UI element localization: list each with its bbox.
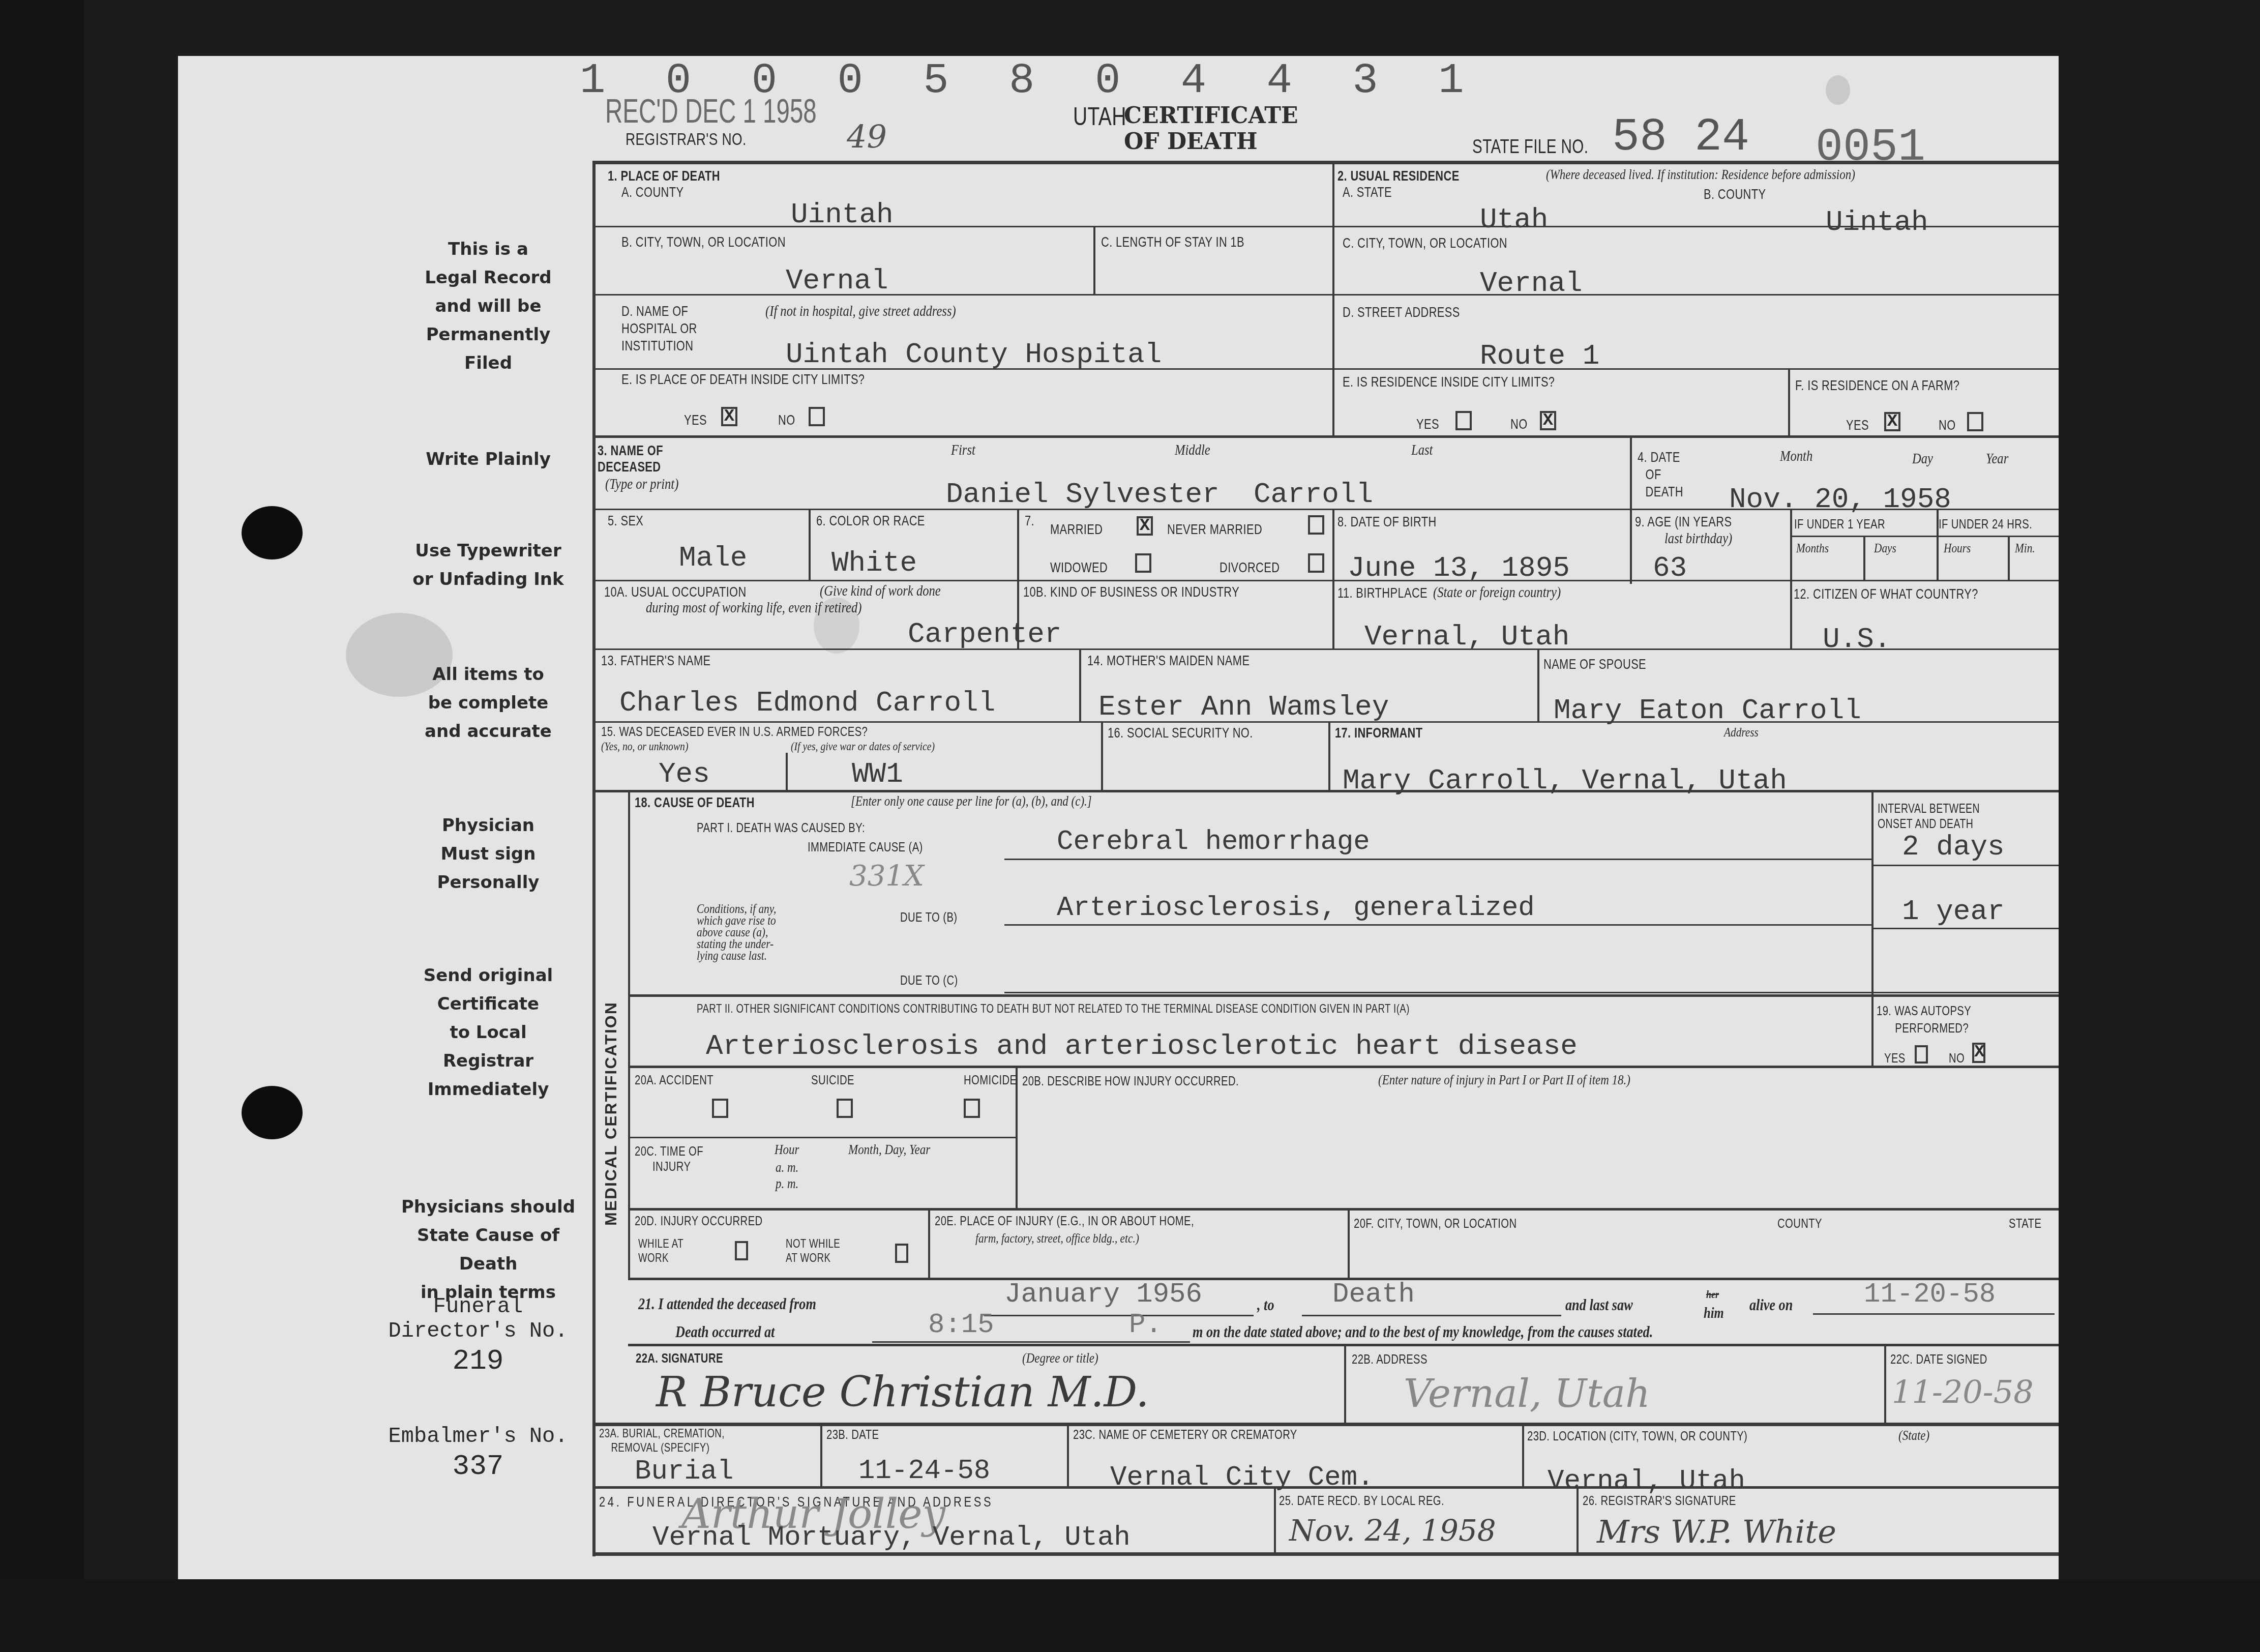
field-war[interactable]: WW1 [852,758,903,790]
line-attended-to [1302,1315,1561,1316]
label-injury-state: STATE [2009,1216,2041,1231]
field-informant[interactable]: Mary Carroll, Vernal, Utah [1343,764,1787,797]
field-dob[interactable]: June 13, 1895 [1348,552,1570,584]
margin-note-write-plainly: Write Plainly [397,445,580,474]
name-hint: (Type or print) [605,476,678,493]
checkbox-never-married[interactable] [1308,515,1324,535]
label-hospital: d. NAME OF HOSPITAL OR INSTITUTION [621,303,697,355]
label-armed-forces: 15. WAS DECEASED EVER IN U.S. ARMED FORC… [601,724,868,740]
field-date-of-death[interactable]: Nov. 20, 1958 [1729,483,1951,516]
date-signed[interactable]: 11-20-58 [1892,1373,2034,1410]
field-street-address[interactable]: Route 1 [1480,340,1599,372]
label-mother: 14. MOTHER'S MAIDEN NAME [1087,653,1250,669]
field-death-meridiem[interactable]: P. [1129,1310,1162,1341]
water-stain-top [1826,75,1850,105]
divider-23d [1522,1424,1524,1488]
label-under-24-hrs: IF UNDER 24 HRS. [1939,516,2032,532]
divider-medical-label [628,791,630,1279]
pronoun-struck: her [1706,1288,1719,1301]
label-farm-yes: YES [1846,417,1869,433]
attended-to-label: , to [1257,1295,1274,1314]
field-cemetery[interactable]: Vernal City Cem. [1110,1462,1374,1493]
divider-1c [1093,226,1095,294]
label-residence-inside-no: NO [1510,416,1528,432]
checkbox-residence-inside-yes[interactable] [1455,411,1472,430]
label-married: MARRIED [1050,521,1103,538]
label-degree: (Degree or title) [1022,1350,1098,1367]
field-burial-location[interactable]: Vernal, Utah [1548,1466,1745,1497]
field-spouse[interactable]: Mary Eaton Carroll [1554,694,1861,727]
checkbox-accident[interactable] [712,1099,728,1118]
label-first: First [951,441,975,459]
label-death-inside-no: NO [778,412,795,428]
punch-hole-bottom [242,1086,303,1139]
label-death-city: b. CITY, TOWN, OR LOCATION [621,234,786,250]
physician-signature[interactable]: R Bruce Christian M.D. [656,1368,1149,1417]
divider-22b [1344,1344,1346,1423]
line-interval-b [1871,928,2059,929]
margin-note-physicians-should: Physicians should State Cause of Death i… [386,1193,590,1307]
field-deceased-name[interactable]: Daniel Sylvester Carroll [946,478,1373,511]
divider-20e [928,1208,930,1278]
divider-23c [1067,1424,1069,1488]
checkbox-farm-no[interactable] [1967,412,1983,431]
label-father: 13. FATHER'S NAME [601,653,710,669]
label-autopsy-yes: YES [1884,1050,1906,1066]
field-part2[interactable]: Arteriosclerosis and arteriosclerotic he… [706,1030,1578,1063]
place-of-injury-hint: farm, factory, street, office bldg., etc… [975,1231,1139,1246]
label-month: Month [1780,448,1812,465]
label-time-of-injury: 20c. TIME OF INJURY [635,1143,703,1174]
divider-2f [1788,368,1790,436]
label-date-signed: 22c. DATE SIGNED [1890,1351,1987,1367]
line-23 [592,1423,2059,1426]
label-length-of-stay: c. LENGTH OF STAY IN 1b [1101,234,1244,250]
cause-hint: [Enter only one cause per line for (a), … [851,793,1092,810]
line-alive-on [1813,1313,2055,1315]
divider-min [2008,536,2010,580]
label-sex: 5. SEX [608,513,643,529]
checkbox-divorced[interactable] [1308,553,1324,573]
field-hospital[interactable]: Uintah County Hospital [786,338,1162,371]
field-due-to-b[interactable]: Arteriosclerosis, generalized [1057,893,1535,924]
label-days: Days [1874,541,1896,556]
label-farm-no: NO [1939,417,1956,433]
code-annotation: 331X [849,860,924,893]
label-burial-method: 23a. BURIAL, CREMATION, REMOVAL (Specify… [599,1427,725,1455]
field-death-city[interactable]: Vernal [786,264,888,297]
scan-background-left [0,0,84,1652]
field-occupation[interactable]: Carpenter [908,618,1061,651]
death-occurred-label: Death occurred at [675,1322,775,1341]
line-age-units [1790,536,2059,537]
label-informant: 17. INFORMANT [1335,725,1423,741]
checkbox-residence-inside-no[interactable]: X [1540,411,1556,430]
date-recd[interactable]: Nov. 24, 1958 [1289,1513,1496,1548]
label-place-of-death: 1. PLACE OF DEATH [608,168,720,184]
line-part2 [628,994,2059,997]
received-stamp: REC'D DEC 1 1958 [605,92,817,130]
label-birthplace: 11. BIRTHPLACE [1337,585,1428,601]
label-day: Day [1912,450,1933,467]
label-injury-county: COUNTY [1777,1216,1822,1231]
divider-23b [820,1424,822,1488]
title-main: CERTIFICATE OF DEATH [1124,103,1298,155]
checkbox-while-at-work[interactable] [735,1241,748,1260]
field-father[interactable]: Charles Edmond Carroll [619,687,995,719]
label-describe-injury: 20b. DESCRIBE HOW INJURY OCCURRED. [1022,1073,1239,1089]
form-border-left [592,162,596,1556]
last-saw-label: and last saw [1565,1295,1633,1314]
label-burial-date: 23b. DATE [826,1427,879,1442]
label-injury-occurred: 20d. INJURY OCCURRED [635,1213,763,1229]
label-hours: Hours [1944,541,1971,556]
field-mother[interactable]: Ester Ann Wamsley [1098,691,1389,723]
label-due-to-b: DUE TO (b) [900,909,957,925]
certificate-title: UTAH CERTIFICATE OF DEATH [1073,102,1141,131]
label-death-inside-yes: YES [684,412,707,428]
death-occurred-suffix: m on the date stated above; and to the b… [1193,1322,1653,1341]
label-residence-inside-city: e. IS RESIDENCE INSIDE CITY LIMITS? [1343,374,1555,390]
divider-age-units [1790,509,1792,648]
label-burial-state: (State) [1898,1428,1929,1444]
birthplace-hint: (State or foreign country) [1433,584,1561,601]
label-injury-city: 20f. CITY, TOWN, OR LOCATION [1354,1216,1516,1231]
label-autopsy: 19. WAS AUTOPSY PERFORMED? [1877,1002,1971,1037]
line-cause-c [1004,992,2059,993]
label-widowed: WIDOWED [1050,559,1108,576]
armed-forces-hint-1: (Yes, no, or unknown) [601,740,688,754]
checkbox-autopsy-no[interactable]: X [1972,1043,1985,1063]
checkbox-suicide[interactable] [837,1099,853,1118]
form-border-top [592,161,2059,164]
label-cemetery: 23c. NAME OF CEMETERY OR CREMATORY [1073,1427,1297,1442]
label-county: a. COUNTY [621,184,683,200]
registrars-no-label: REGISTRAR'S NO. [626,130,747,150]
scan-background-bottom [0,1579,2260,1652]
line-medical [592,790,2059,792]
label-citizen: 12. CITIZEN OF WHAT COUNTRY? [1794,586,1978,602]
field-alive-on[interactable]: 11-20-58 [1864,1279,1996,1310]
punch-hole-top [242,506,303,559]
margin-note-send-original: Send original Certificate to Local Regis… [397,961,580,1104]
field-interval-a[interactable]: 2 days [1902,831,2005,863]
label-marital-num: 7. [1025,513,1034,529]
field-residence-county[interactable]: Uintah [1826,206,1928,239]
label-am: a. m. [776,1160,798,1176]
field-burial-date[interactable]: 11-24-58 [858,1456,990,1487]
label-registrar-signature: 26. REGISTRAR'S SIGNATURE [1583,1493,1736,1509]
label-residence-city: c. CITY, TOWN, OR LOCATION [1343,235,1507,251]
funeral-director-number-block: Funeral Director's No. 219 [371,1294,585,1379]
divider-col-main [1332,162,1334,436]
line-20d [628,1208,2059,1211]
state-file-no-label: STATE FILE NO. [1472,136,1588,158]
label-middle: Middle [1175,441,1210,459]
divider-4 [1630,436,1632,584]
state-file-no-part2: 0051 [1816,122,1925,174]
field-armed-forces[interactable]: Yes [659,758,710,790]
label-residence-county: b. COUNTY [1704,186,1766,202]
label-while-at-work: WHILE AT WORK [638,1237,683,1265]
label-date-of-death: 4. DATE OF DEATH [1638,449,1683,500]
margin-note-legal-record: This is a Legal Record and will be Perma… [397,235,580,377]
divider-15b [786,753,788,791]
line-cause-b [1004,924,1871,926]
occupation-hint-2: during most of working life, even if ret… [646,599,862,616]
label-homicide: HOMICIDE [964,1072,1017,1088]
field-death-county[interactable]: Uintah [791,198,894,231]
occupation-hint-1: (Give kind of work done [820,582,941,600]
field-residence-state[interactable]: Utah [1480,203,1548,236]
divider-16 [1101,721,1103,791]
divider-17 [1328,721,1330,791]
label-residence-state: a. STATE [1343,184,1392,200]
checkbox-farm-yes[interactable]: X [1884,412,1900,431]
label-pm: p. m. [776,1176,798,1192]
label-hour: Hour [775,1142,799,1158]
label-age: 9. AGE (In years [1635,514,1732,530]
pronoun: him [1704,1305,1724,1322]
label-name-of-deceased: 3. NAME OF DECEASED [598,442,663,475]
checkbox-married[interactable]: X [1137,516,1153,536]
line-cause-a [1004,859,1871,860]
registrar-signature[interactable]: Mrs W.P. White [1597,1513,1836,1550]
attended-prefix: 21. I attended the deceased from [638,1294,816,1313]
divider-6 [809,509,811,580]
label-age-hint: last birthday) [1664,530,1732,547]
label-year: Year [1986,450,2008,467]
label-accident: 20a. ACCIDENT [635,1072,713,1088]
label-part2: PART II. OTHER SIGNIFICANT CONDITIONS CO… [697,1002,1410,1016]
label-never-married: NEVER MARRIED [1167,521,1262,538]
field-attended-from[interactable]: January 1956 [1004,1279,1202,1310]
hospital-hint: (If not in hospital, give street address… [765,303,956,320]
label-part1: PART I. DEATH WAS CAUSED BY: [697,820,865,836]
line-row-10 [592,580,2059,581]
state-file-no-part1: 58 24 [1612,112,1749,164]
label-months: Months [1796,541,1829,556]
field-race[interactable]: White [831,547,917,579]
checkbox-autopsy-yes[interactable] [1915,1045,1928,1064]
divider-22c [1884,1344,1886,1423]
field-burial-method[interactable]: Burial [635,1456,733,1487]
title-state: UTAH [1073,102,1126,131]
divider-8 [1332,509,1334,648]
divider-20f [1348,1208,1350,1278]
margin-note-typewriter: Use Typewriter or Unfading Ink [397,537,580,594]
label-residence-inside-yes: YES [1416,416,1439,432]
label-informant-address: Address [1724,725,1759,740]
checkbox-death-inside-yes[interactable]: X [721,407,737,426]
label-min: Min. [2015,541,2035,556]
label-month-day-year: Month, Day, Year [848,1142,930,1158]
label-dob: 8. DATE OF BIRTH [1337,514,1437,530]
label-death-inside-city: e. IS PLACE OF DEATH INSIDE CITY LIMITS? [621,371,865,388]
divider-days [1863,536,1865,580]
registrars-no: 49 [847,118,887,155]
embalmer-number-block: Embalmer's No. 337 [371,1424,585,1484]
divider-spouse [1537,648,1539,722]
field-immediate-cause[interactable]: Cerebral hemorrhage [1057,827,1370,858]
label-business: 10b. KIND OF BUSINESS OR INDUSTRY [1023,584,1239,600]
label-physician-address: 22b. ADDRESS [1352,1351,1428,1367]
line-20a [628,1066,2059,1068]
label-interval: INTERVAL BETWEEN ONSET AND DEATH [1878,801,1980,832]
label-immediate-cause: IMMEDIATE CAUSE (a) [808,839,923,855]
describe-injury-hint: (Enter nature of injury in Part I or Par… [1378,1072,1630,1088]
label-street-address: d. STREET ADDRESS [1343,304,1460,320]
label-spouse: NAME OF SPOUSE [1543,656,1646,672]
line-20c [628,1137,1016,1138]
label-occupation: 10a. USUAL OCCUPATION [604,584,747,600]
divider-14 [1079,648,1081,722]
label-last: Last [1411,441,1433,459]
checkbox-widowed[interactable] [1135,553,1151,573]
line-attended-from [984,1315,1254,1316]
armed-forces-hint-2: (If yes, give war or dates of service) [791,740,935,754]
field-sex[interactable]: Male [679,542,747,574]
label-autopsy-no: NO [1949,1050,1965,1066]
label-race: 6. COLOR OR RACE [816,513,925,529]
label-usual-residence: 2. USUAL RESIDENCE [1337,168,1460,184]
label-suicide: SUICIDE [811,1072,854,1088]
physician-address[interactable]: Vernal, Utah [1404,1371,1650,1416]
field-birthplace[interactable]: Vernal, Utah [1364,621,1569,653]
line-death-time [872,1341,1190,1343]
field-citizen[interactable]: U.S. [1823,623,1891,656]
margin-note-all-items: All items to be complete and accurate [397,660,580,746]
field-residence-city[interactable]: Vernal [1480,267,1583,300]
label-ssn: 16. SOCIAL SECURITY NO. [1108,725,1253,741]
usual-residence-hint: (Where deceased lived. If institution: R… [1546,167,1855,183]
checkbox-death-inside-no[interactable] [809,407,825,426]
divider-25 [1274,1486,1276,1553]
line-section-3 [592,435,2059,438]
label-not-while-at-work: NOT WHILE AT WORK [786,1237,840,1265]
field-interval-b[interactable]: 1 year [1902,895,2005,928]
label-due-to-c: DUE TO (c) [900,972,958,988]
label-signature: 22a. SIGNATURE [636,1350,723,1366]
label-residence-farm: f. IS RESIDENCE ON A FARM? [1795,377,1959,394]
field-death-time[interactable]: 8:15 [928,1310,994,1341]
field-age[interactable]: 63 [1653,552,1687,584]
field-attended-to[interactable]: Death [1332,1279,1415,1310]
medical-certification-label: MEDICAL CERTIFICATION [602,1001,620,1226]
checkbox-not-while-at-work[interactable] [895,1244,908,1263]
field-funeral-director[interactable]: Vernal Mortuary, Vernal, Utah [652,1522,1131,1553]
checkbox-homicide[interactable] [964,1099,980,1118]
label-divorced: DIVORCED [1220,559,1280,576]
label-place-of-injury: 20e. PLACE OF INJURY (e.g., in or about … [935,1213,1194,1229]
label-under-1-year: IF UNDER 1 YEAR [1794,516,1885,532]
line-22 [628,1344,2059,1346]
conditions-hint: Conditions, if any, which gave rise to a… [697,903,776,961]
label-burial-location: 23d. LOCATION (City, town, or county) [1527,1428,1747,1444]
alive-on-label: alive on [1749,1295,1793,1314]
label-cause-of-death: 18. CAUSE OF DEATH [635,794,755,811]
line-interval-a [1871,865,2059,866]
label-date-recd: 25. DATE RECD. BY LOCAL REG. [1279,1493,1444,1509]
margin-note-physician-sign: Physician Must sign Personally [397,811,580,897]
